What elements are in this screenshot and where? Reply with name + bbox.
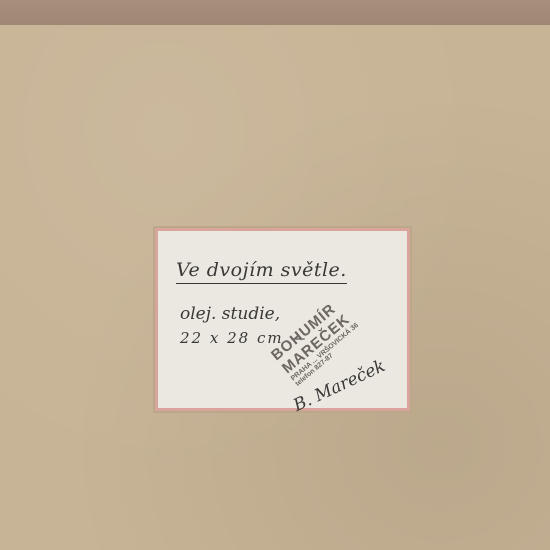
frame-top-band [0,0,550,26]
label-title: Ve dvojím světle. [176,259,347,284]
painting-label: Ve dvojím světle. olej. studie, 22 x 28 … [155,228,410,411]
label-medium: olej. studie, [180,304,280,324]
